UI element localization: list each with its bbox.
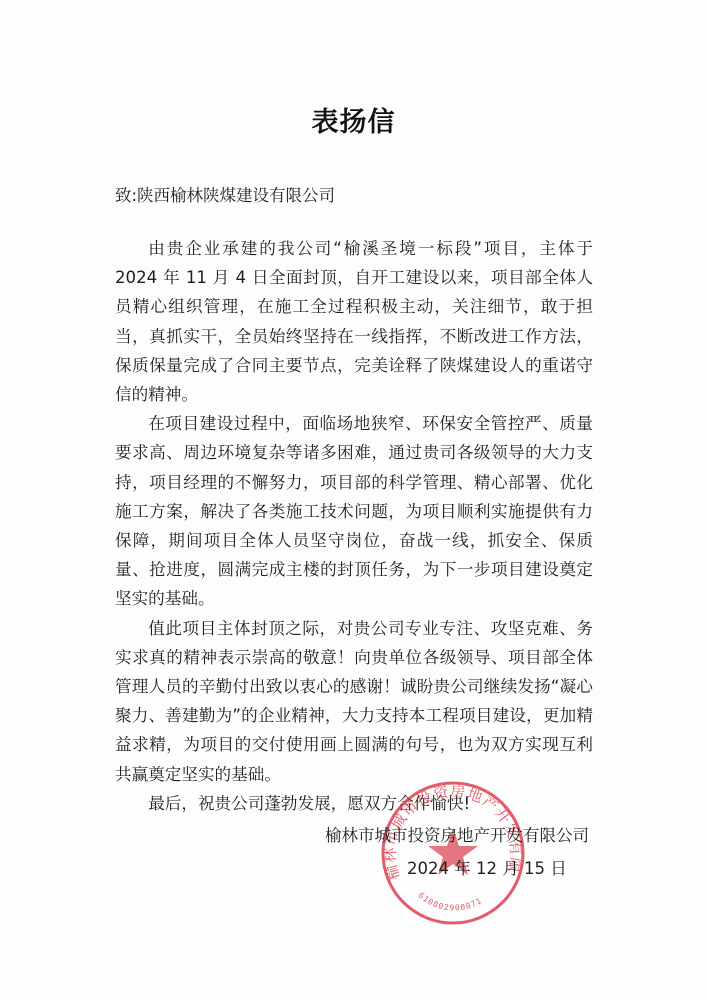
company-seal-icon: 榆林市城市投资房地产开发有限公司 610802900071: [378, 778, 528, 928]
paragraph: 由贵企业承建的我公司“榆溪圣境一标段”项目，主体于 2024 年 11 月 4 …: [115, 234, 593, 409]
seal-number: 610802900071: [417, 891, 484, 913]
letter-title: 表扬信: [0, 100, 707, 139]
letter-page: 表扬信 致:陕西榆林陕煤建设有限公司 由贵企业承建的我公司“榆溪圣境一标段”项目…: [0, 0, 707, 1000]
letter-body: 由贵企业承建的我公司“榆溪圣境一标段”项目，主体于 2024 年 11 月 4 …: [115, 234, 593, 818]
paragraph: 值此项目主体封顶之际，对贵公司专业专注、攻坚克难、务实求真的精神表示崇高的敬意！…: [115, 614, 593, 789]
paragraph: 在项目建设过程中，面临场地狭窄、环保安全管控严、质量要求高、周边环境复杂等诸多困…: [115, 409, 593, 613]
salutation: 致:陕西榆林陕煤建设有限公司: [115, 182, 335, 206]
svg-text:610802900071: 610802900071: [417, 891, 484, 913]
sender-signature: 榆林市城市投资房地产开发有限公司: [325, 822, 589, 846]
letter-date: 2024 年 12 月 15 日: [407, 855, 567, 879]
